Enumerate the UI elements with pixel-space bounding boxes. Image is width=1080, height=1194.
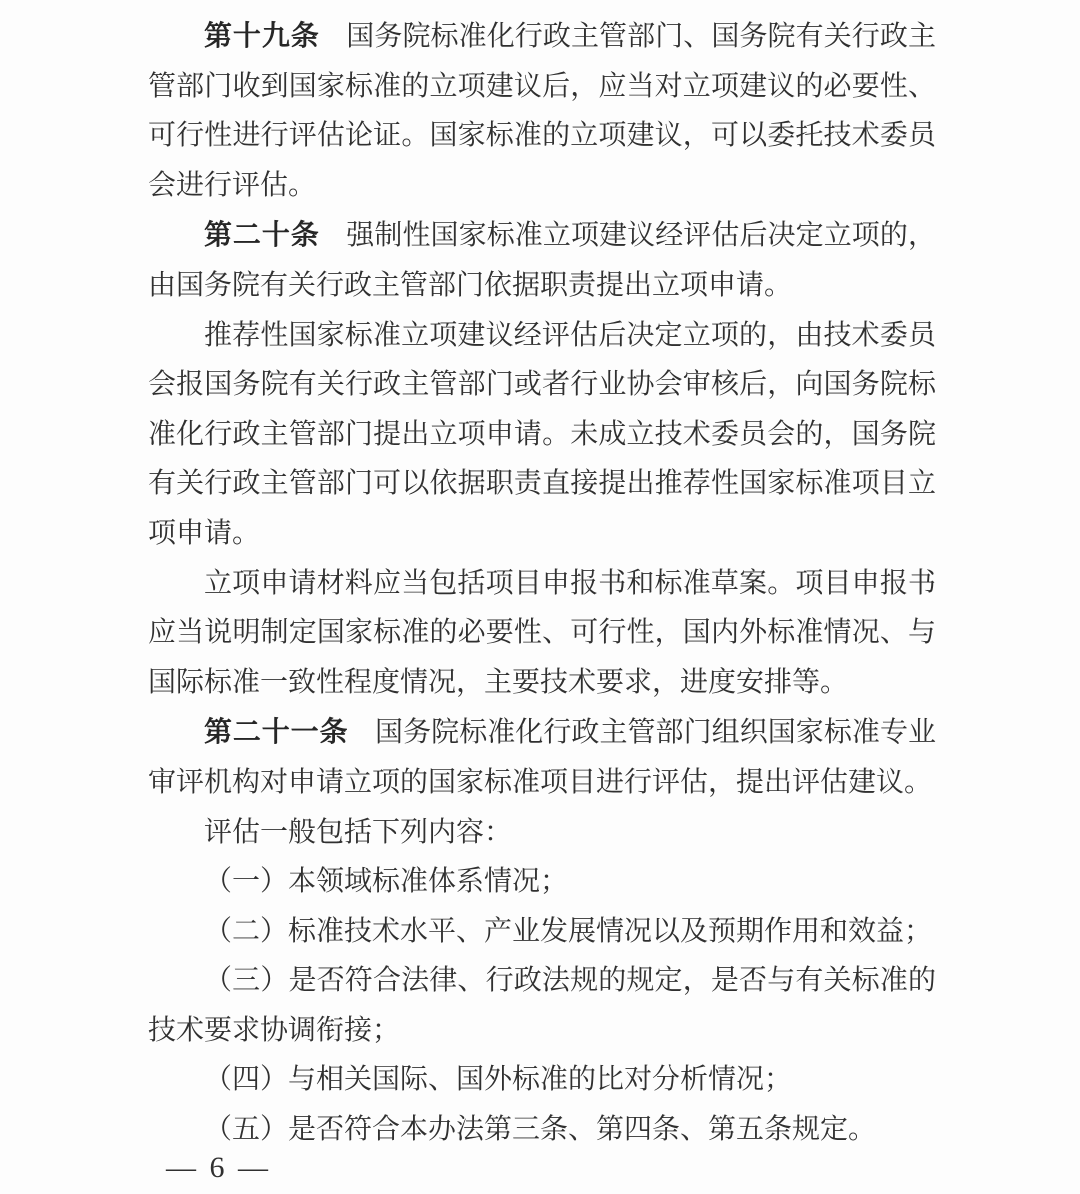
paragraph-text: （一）本领域标准体系情况； [204,866,568,897]
paragraph-text: （三）是否符合法律、行政法规的规定，是否与有关标准的技术要求协调衔接； [148,965,936,1046]
paragraph-text: 立项申请材料应当包括项目申报书和标准草案。项目申报书应当说明制定国家标准的必要性… [148,568,936,698]
paragraph-text: （四）与相关国际、国外标准的比对分析情况； [204,1064,792,1095]
list-item: （三）是否符合法律、行政法规的规定，是否与有关标准的技术要求协调衔接； [148,956,936,1055]
list-item: （一）本领域标准体系情况； [148,857,936,907]
article-paragraph: 第二十一条国务院标准化行政主管部门组织国家标准专业审评机构对申请立项的国家标准项… [148,707,936,807]
article-paragraph: 第二十条强制性国家标准立项建议经评估后决定立项的，由国务院有关行政主管部门依据职… [148,210,936,310]
paragraph-text: （五）是否符合本办法第三条、第四条、第五条规定。 [204,1114,876,1145]
paragraph-text: 推荐性国家标准立项建议经评估后决定立项的，由技术委员会报国务院有关行政主管部门或… [148,320,936,549]
list-item: （二）标准技术水平、产业发展情况以及预期作用和效益； [148,907,936,957]
list-item: （五）是否符合本办法第三条、第四条、第五条规定。 [148,1105,936,1155]
article-paragraph: 第十九条国务院标准化行政主管部门、国务院有关行政主管部门收到国家标准的立项建议后… [148,11,936,210]
article-number: 第十九条 [204,20,320,51]
paragraph-text: 评估一般包括下列内容： [204,817,512,848]
document-page: 第十九条国务院标准化行政主管部门、国务院有关行政主管部门收到国家标准的立项建议后… [0,0,1080,1194]
article-number: 第二十条 [204,219,320,250]
list-item: （四）与相关国际、国外标准的比对分析情况； [148,1055,936,1105]
article-number: 第二十一条 [204,716,348,747]
paragraph: 推荐性国家标准立项建议经评估后决定立项的，由技术委员会报国务院有关行政主管部门或… [148,311,936,559]
paragraph-text: （二）标准技术水平、产业发展情况以及预期作用和效益； [204,916,932,947]
paragraph: 评估一般包括下列内容： [148,808,936,858]
paragraph: 立项申请材料应当包括项目申报书和标准草案。项目申报书应当说明制定国家标准的必要性… [148,559,936,708]
document-body: 第十九条国务院标准化行政主管部门、国务院有关行政主管部门收到国家标准的立项建议后… [148,11,936,1155]
page-footer: — 6 — [166,1151,271,1185]
page-number: — 6 — [166,1151,271,1184]
